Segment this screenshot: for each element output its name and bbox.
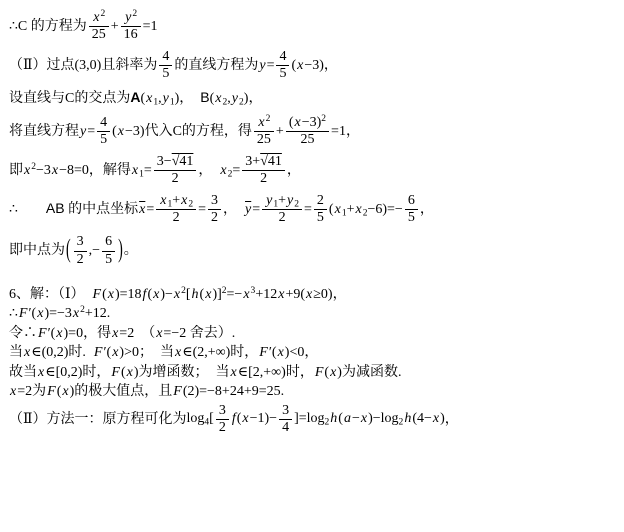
line-derivative: ∴F′(x)=−3x2+12.	[9, 305, 624, 323]
line-maximum-value: x=2为F(x)的极大值点，且F(2)=−8+24+9=25.	[9, 383, 624, 401]
line-part2-method1: （Ⅱ）方法一：原方程可化为log4[32f(x−1)−34]=log2h(a−x…	[9, 403, 624, 436]
line-midpoint-result: 即中点为(32,−65)。	[9, 234, 624, 267]
line-critical-point: 令∴F′(x)=0，得x=2 （x=−2 舍去）.	[9, 325, 624, 343]
line-midpoint-coords: ∴ AB 的中点坐标x=x1+x22=32， y=y1+y22=25(x1+x2…	[9, 193, 624, 226]
line-sign-analysis: 当x∈(0,2)时. F′(x)>0； 当x∈(2,+∞)时，F′(x)<0，	[9, 344, 624, 362]
line-part2-line-equation: （Ⅱ）过点(3,0)且斜率为45的直线方程为y=45(x−3)，	[9, 49, 624, 82]
line-intersection-points: 设直线与C的交点为A(x1,y1)， B(x2,y2)，	[9, 89, 624, 108]
line-monotonicity: 故当x∈[0,2)时，F(x)为增函数； 当x∈[2,+∞)时，F(x)为减函数…	[9, 364, 624, 382]
line-solve-quadratic: 即x2−3x−8=0，解得x1=3−412， x2=3+412，	[9, 154, 624, 187]
line-substitute-equation: 将直线方程y=45(x−3)代入C的方程，得x225+(x−3)225=1，	[9, 115, 624, 148]
line-c-equation: ∴C 的方程为x225+y216=1	[9, 10, 624, 43]
math-solution-document: ∴C 的方程为x225+y216=1（Ⅱ）过点(3,0)且斜率为45的直线方程为…	[0, 0, 624, 436]
line-problem6-part1: 6、解：（Ⅰ） F(x)=18f(x)−x2[h(x)]2=−x3+12x+9(…	[9, 286, 624, 304]
